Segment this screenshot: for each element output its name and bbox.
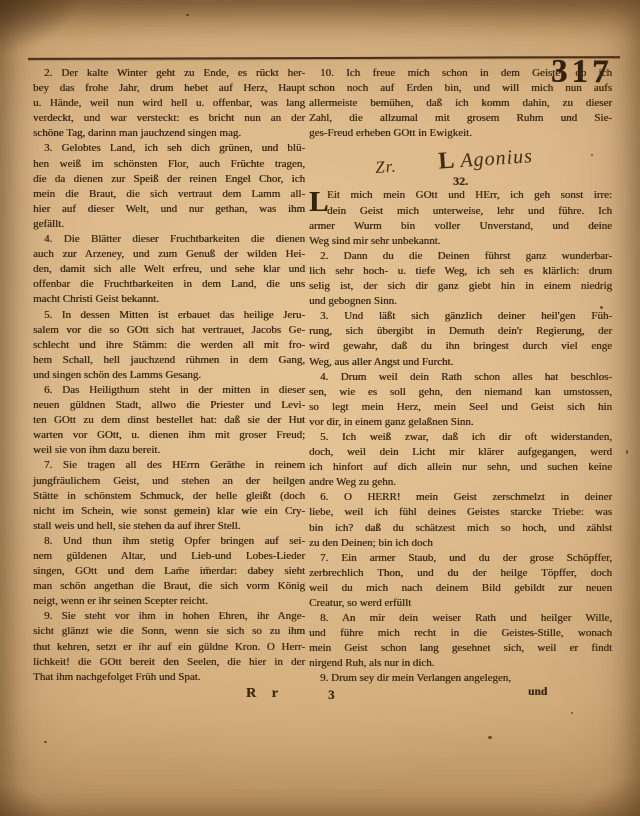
text-line: nicht im Schein, wie sonst gemein) klar …	[33, 504, 305, 519]
hymn-verse: 4. Die Blätter dieser Fruchtbarkeiten di…	[33, 232, 305, 307]
catchword: und	[528, 686, 547, 698]
signature-prefix: Zr.	[375, 157, 398, 178]
text-line: schon noch auf Erden bin, und will mich …	[309, 81, 612, 96]
text-line: 3. Und läßt sich gänzlich deiner heil'ge…	[309, 309, 612, 324]
signature-name: Agonius	[460, 145, 534, 173]
text-line: sen, wie es soll gehn, den niemand kan u…	[309, 385, 612, 400]
text-line: offenbar die Fruchtbarkeiten in dem Land…	[33, 277, 305, 292]
text-line: so legt mein Herz, mein Seel und Geist s…	[309, 400, 612, 415]
text-line: ich hinfort auf dich allein nur sehn, un…	[309, 460, 612, 475]
text-line: zerbrechlich Thon, und du der heilge Töp…	[309, 566, 612, 581]
text-line: auch zur Arzeney, und zum Genuß der wild…	[33, 247, 305, 262]
text-line: schöne Tag, darinn man jauchzend singen …	[33, 126, 305, 141]
text-line: lichkeit! die GOtt bereit den Seelen, di…	[33, 655, 305, 670]
text-line: allermeiste bemühen, daß ich komm dahin,…	[309, 96, 612, 111]
text-line: 2. Dann du die Deinen führst ganz wunder…	[309, 249, 612, 264]
hymn-verse: 2. Der kalte Winter geht zu Ende, es rüc…	[33, 66, 305, 141]
hymn-verse: 6. Das Heiligthum steht in der mitten in…	[33, 383, 305, 458]
hymn-verse: 9. Sie steht vor ihm in hohen Ehren, ihr…	[33, 609, 305, 684]
text-line: hier auf dieser Welt, und nur gethan, wa…	[33, 202, 305, 217]
text-line: 10. Ich freue mich schon in dem Geiste, …	[309, 66, 612, 81]
text-line: rung, sich übergibt in Demuth dein'r Reg…	[309, 324, 612, 339]
text-line: Weg, aus aller Angst und Furcht.	[309, 355, 612, 370]
text-line: schlecht und ihre Stämm: die werden all …	[33, 338, 305, 353]
scanned-hymnal-page: 317 2. Der kalte Winter geht zu Ende, es…	[0, 0, 640, 816]
hymn-verses: LEit mich mein GOtt und HErr, ich geh so…	[309, 188, 612, 686]
paper-speck	[626, 450, 628, 454]
text-line: man schön angethan die Braut, die sich v…	[33, 579, 305, 594]
hymn-verse: 8. An mir dein weiser Rath und heilger W…	[309, 611, 612, 671]
hymn-verse: 3. Gelobtes Land, ich seh dich grünen, u…	[33, 141, 305, 232]
hymn-verse: 2. Dann du die Deinen führst ganz wunder…	[309, 249, 612, 309]
hymn-verse: 4. Drum weil dein Rath schon alles hat b…	[309, 370, 612, 430]
text-line: 7. Ein armer Staub, und du der grose Sch…	[309, 551, 612, 566]
hymn-verse: LEit mich mein GOtt und HErr, ich geh so…	[309, 188, 612, 248]
text-line: singen, GOtt und dem Lam̄e im̄erdar: dab…	[33, 564, 305, 579]
text-line: 2. Der kalte Winter geht zu Ende, es rüc…	[33, 66, 305, 81]
text-line: wird gewahr, daß du ihn bringest durch v…	[309, 339, 612, 354]
hymn-verse: 6. O HERR! mein Geist zerschmelzt in dei…	[309, 490, 612, 550]
hymn-verse: 7. Ein armer Staub, und du der grose Sch…	[309, 551, 612, 611]
text-line: Weg sind mir sehr unbekannt.	[309, 234, 612, 249]
text-line: 8. An mir dein weiser Rath und heilger W…	[309, 611, 612, 626]
text-line: zu den Deinen; bin ich doch	[309, 536, 612, 551]
text-line: weil du mich nach deinem Bild gebildt zu…	[309, 581, 612, 596]
text-line: 6. O HERR! mein Geist zerschmelzt in dei…	[309, 490, 612, 505]
text-line: salem vor die so GOtt sich hat vertrauet…	[33, 323, 305, 338]
paper-speck	[571, 712, 573, 714]
text-line: Stätte in schönstem Schmuck, der helle g…	[33, 489, 305, 504]
text-line: 9. Drum sey dir mein Verlangen angelegen…	[309, 671, 612, 686]
header-rule	[28, 56, 620, 60]
text-line: neigt, wenn er ihr seinen Scepter reicht…	[33, 594, 305, 609]
hymn-verse: 10. Ich freue mich schon in dem Geiste, …	[309, 66, 612, 141]
text-line: mein die Braut, die sich vertraut dem La…	[33, 187, 305, 202]
text-line: 9. Sie steht vor ihm in hohen Ehren, ihr…	[33, 609, 305, 624]
hymn-number: 32.	[309, 175, 612, 188]
hymn-verse: 9. Drum sey dir mein Verlangen angelegen…	[309, 671, 612, 686]
text-line: gefällt.	[33, 217, 305, 232]
text-line: und singen schön des Lamms Gesang.	[33, 368, 305, 383]
text-line: Zahl, die allzumal mit grosem Ruhm und S…	[309, 111, 612, 126]
paper-speck	[600, 306, 603, 309]
hymn-verse: 8. Und thun ihm stetig Opfer bringen auf…	[33, 534, 305, 609]
hymn-verse: 5. Ich weiß zwar, daß ich dir oft widers…	[309, 430, 612, 490]
text-line: doch, weil dein Licht mir klärer aufgega…	[309, 445, 612, 460]
paper-speck	[44, 741, 47, 743]
text-line: 8. Und thun ihm stetig Opfer bringen auf…	[33, 534, 305, 549]
text-line: thut kehren, setzt er ihr auf ein güldne…	[33, 640, 305, 655]
text-line: 5. In dessen Mitten ist erbauet das heil…	[33, 308, 305, 323]
text-line: dein Geist mich unterweise, lehr und füh…	[309, 204, 612, 219]
signature-mark-rr: R r	[246, 686, 284, 702]
text-line: vor dir, in einem ganz gelaßnen Sinn.	[309, 415, 612, 430]
text-line: den, damit sich alle Welt erfreu, und se…	[33, 262, 305, 277]
text-line: stall weis und hell, sie stehen da auf i…	[33, 519, 305, 534]
signature-mark-sheet: 3	[328, 687, 335, 703]
right-text-column: 10. Ich freue mich schon in dem Geiste, …	[309, 66, 612, 687]
text-line: macht Christi Geist bekannt.	[33, 292, 305, 307]
drop-cap-initial: L	[309, 189, 325, 217]
text-line: Eit mich mein GOtt und HErr, ich geh son…	[309, 188, 612, 203]
text-line: That ihm nachgefolget Früh und Spat.	[33, 670, 305, 685]
left-text-column: 2. Der kalte Winter geht zu Ende, es rüc…	[33, 66, 305, 685]
text-line: u. Hände, weil nun wird hell u. offenbar…	[33, 96, 305, 111]
paper-speck	[488, 736, 492, 739]
text-line: liebe, weil ich fühl deines Geistes star…	[309, 505, 612, 520]
text-line: bin ich? daß du schätzest mich so hoch, …	[309, 521, 612, 536]
text-line: selig ist, der sich dir ganz giebt hin i…	[309, 279, 612, 294]
text-line: weil sie von ihm dazu bereit.	[33, 443, 305, 458]
text-line: 7. Sie tragen all des HErrn Geräthe in r…	[33, 458, 305, 473]
text-line: die da dienen zur Speiß der reinen Engel…	[33, 172, 305, 187]
hymn-verse: 7. Sie tragen all des HErrn Geräthe in r…	[33, 458, 305, 533]
text-line: jungfräulichem Geist, und stehen an der …	[33, 474, 305, 489]
text-line: und führe mich recht in die Geistes-Stil…	[309, 626, 612, 641]
text-line: bey das frohe Jahr, drum hebet auf Herz,…	[33, 81, 305, 96]
text-line: 3. Gelobtes Land, ich seh dich grünen, u…	[33, 141, 305, 156]
signature-initial: L	[438, 148, 456, 176]
text-line: und gebognen Sinn.	[309, 294, 612, 309]
hymn-verse: 5. In dessen Mitten ist erbauet das heil…	[33, 308, 305, 383]
text-line: Creatur, so werd erfüllt	[309, 596, 612, 611]
text-line: mein Geist schon lang gesehnet sich, wei…	[309, 641, 612, 656]
text-line: 6. Das Heiligthum steht in der mitten in…	[33, 383, 305, 398]
text-line: 4. Die Blätter dieser Fruchtbarkeiten di…	[33, 232, 305, 247]
paper-speck	[186, 14, 189, 16]
text-line: ten GOtt zu dem dinst bestellet hat: daß…	[33, 413, 305, 428]
text-line: nirgend Ruh, als nur in dich.	[309, 656, 612, 671]
text-line: andre Weg zu gehn.	[309, 475, 612, 490]
text-line: armer Wurm bin voller Unverstand, und de…	[309, 219, 612, 234]
text-line: hen weiß im schönsten Flor, auch Früchte…	[33, 157, 305, 172]
text-line: nem güldenen Altar, und Lieb-und Lobes-L…	[33, 549, 305, 564]
text-line: 4. Drum weil dein Rath schon alles hat b…	[309, 370, 612, 385]
text-line: warten vor GOtt, u. dienen ihm mit grose…	[33, 428, 305, 443]
paper-speck	[591, 154, 593, 156]
text-line: neuen güldnen Stadt, allwo die Priester …	[33, 398, 305, 413]
text-line: verdeckt, und war versteckt: es bricht n…	[33, 111, 305, 126]
text-line: sicht glänzt wie die Sonn, wenn sie sich…	[33, 624, 305, 639]
closing-verses: 10. Ich freue mich schon in dem Geiste, …	[309, 66, 612, 141]
text-line: 5. Ich weiß zwar, daß ich dir oft widers…	[309, 430, 612, 445]
text-line: lich sehr hoch- u. tiefe Weg, ich seh es…	[309, 264, 612, 279]
text-line: hem Schall, hell jauchzend rühmen in dem…	[33, 353, 305, 368]
hymn-verse: 3. Und läßt sich gänzlich deiner heil'ge…	[309, 309, 612, 369]
